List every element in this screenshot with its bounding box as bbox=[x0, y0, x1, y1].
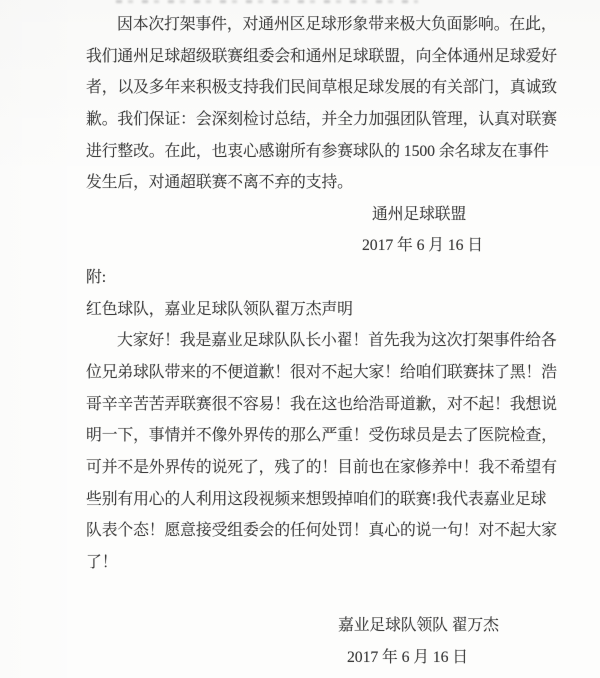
leader-signature: 嘉业足球队领队 翟万杰 bbox=[86, 610, 564, 642]
league-signature: 通州足球联盟 bbox=[86, 199, 564, 231]
doc-line: 哥辛辛苦苦弄联赛很不容易！我在这也给浩哥道歉，对不起！我想说 bbox=[86, 389, 564, 421]
doc-line: 明一下，事情并不像外界传的那么严重！受伤球员是去了医院检查， bbox=[86, 420, 564, 452]
league-signature-date: 2017 年 6 月 16 日 bbox=[86, 230, 564, 262]
attachment-label: 附: bbox=[86, 262, 564, 294]
leader-signature-date: 2017 年 6 月 16 日 bbox=[86, 642, 564, 674]
doc-line: 者，以及多年来积极支持我们民间草根足球发展的有关部门，真诚致 bbox=[86, 72, 564, 104]
doc-line: 我们通州足球超级联赛组委会和通州足球联盟，向全体通州足球爱好 bbox=[86, 41, 564, 73]
document-page: 因本次打架事件，对通州区足球形象带来极大负面影响。在此， 我们通州足球超级联赛组… bbox=[0, 0, 600, 678]
doc-line: 歉。我们保证：会深刻检讨总结，并全力加强团队管理，认真对联赛 bbox=[86, 104, 564, 136]
doc-line: 因本次打架事件，对通州区足球形象带来极大负面影响。在此， bbox=[86, 9, 564, 41]
statement-heading: 红色球队，嘉业足球队领队翟万杰声明 bbox=[86, 294, 564, 326]
doc-line: 队表个态！愿意接受组委会的任何处罚！真心的说一句！对不起大家 bbox=[86, 515, 564, 547]
doc-line: 大家好！我是嘉业足球队队长小翟！首先我为这次打架事件给各 bbox=[86, 325, 564, 357]
doc-line: 发生后，对通超联赛不离不弃的支持。 bbox=[86, 167, 564, 199]
document-body: 因本次打架事件，对通州区足球形象带来极大负面影响。在此， 我们通州足球超级联赛组… bbox=[86, 9, 564, 673]
doc-line: 了！ bbox=[86, 547, 564, 579]
doc-line: 些别有用心的人利用这段视频来想毁掉咱们的联赛!我代表嘉业足球 bbox=[86, 484, 564, 516]
doc-line: 位兄弟球队带来的不便道歉！很对不起大家！给咱们联赛抹了黑！浩 bbox=[86, 357, 564, 389]
doc-line: 可并不是外界传的说死了，残了的！目前也在家修养中！我不希望有 bbox=[86, 452, 564, 484]
doc-line: 进行整改。在此，也衷心感谢所有参赛球队的 1500 余名球友在事件 bbox=[86, 136, 564, 168]
blank-line bbox=[86, 579, 564, 611]
cropped-text-remnant bbox=[116, 0, 418, 3]
